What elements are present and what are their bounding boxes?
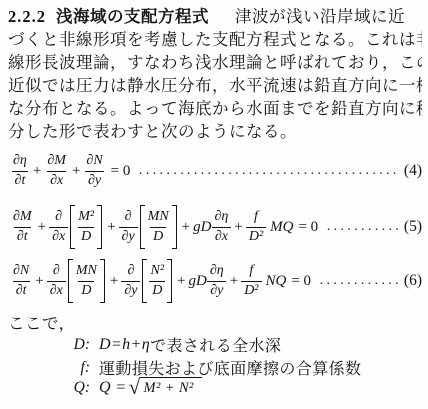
dot-leader: ·············· xyxy=(319,277,400,293)
definition-body: Q = √ M² + N² xyxy=(99,377,202,398)
denominator: ∂x xyxy=(212,227,231,245)
numerator: ∂N xyxy=(83,153,105,170)
numerator: ∂ xyxy=(52,209,65,226)
paragraph-line: 近似では圧力は静水圧分布，水平流速は鉛直方向に一様 xyxy=(8,74,422,97)
equation-number: (4) xyxy=(404,162,422,180)
plus-operator: + xyxy=(234,219,242,236)
numerator: f xyxy=(246,263,256,280)
equation-5: ∂M ∂t + ∂ ∂x M² D + ∂ ∂y MN D + gD ∂η ∂x xyxy=(10,203,422,251)
equation-6: ∂N ∂t + ∂ ∂x MN D + ∂ ∂y N² D + gD ∂η ∂y xyxy=(10,257,422,305)
definition-Q: Q: Q = √ M² + N² xyxy=(0,377,428,398)
equals-zero: = 0 xyxy=(291,273,311,290)
plus-operator: + xyxy=(72,163,80,180)
partial-d-dy: ∂ ∂y xyxy=(119,209,138,244)
fraction-MN-D: MN D xyxy=(73,263,100,298)
fraction-dN-dy: ∂N ∂y xyxy=(83,153,105,188)
plus-operator: + xyxy=(182,219,190,236)
denominator: D xyxy=(150,227,166,245)
denominator: D xyxy=(78,281,94,299)
fraction-dM-dt: ∂M ∂t xyxy=(10,209,35,244)
section-title: 浅海域の支配方程式 xyxy=(56,7,209,26)
paragraph-line: 分した形で表わすと次のようになる。 xyxy=(8,120,422,143)
equation-number: (5) xyxy=(404,218,422,236)
numerator: ∂η xyxy=(211,209,231,226)
denominator: ∂x xyxy=(47,171,66,189)
denominator: ∂x xyxy=(49,227,68,245)
numerator: ∂M xyxy=(10,209,35,226)
square-root: √ M² + N² xyxy=(129,377,202,398)
symbol-Q: Q: xyxy=(0,379,90,397)
denominator: ∂x xyxy=(47,281,66,299)
denominator: D² xyxy=(246,227,266,245)
numerator: ∂η xyxy=(207,263,227,280)
definitions-intro: ここで， xyxy=(8,310,76,334)
right-bracket xyxy=(97,205,102,249)
definition-text: で表される全水深 xyxy=(150,333,281,356)
denominator: ∂y xyxy=(207,281,226,299)
partial-d-dy: ∂ ∂y xyxy=(121,263,140,298)
dot-leader: ·············· xyxy=(326,223,400,239)
numerator: M² xyxy=(75,209,97,226)
fraction-dN-dt: ∂N ∂t xyxy=(10,263,32,298)
numerator: MN xyxy=(145,209,172,226)
fraction-dM-dx: ∂M ∂x xyxy=(44,153,69,188)
fraction-deta-dy: ∂η ∂y xyxy=(207,263,227,298)
intro-paragraph: 2.2.2浅海域の支配方程式津波が浅い沿岸域に近 づくと非線形項を考慮した支配方… xyxy=(8,5,422,143)
numerator: ∂ xyxy=(122,209,135,226)
dot-leader: ········································… xyxy=(138,167,400,183)
symbol-f: f: xyxy=(0,359,90,377)
plus-operator: + xyxy=(33,163,41,180)
fraction-M2-D: M² D xyxy=(75,209,97,244)
fraction-deta-dx: ∂η ∂x xyxy=(211,209,231,244)
denominator: ∂y xyxy=(85,171,104,189)
plus-operator: + xyxy=(177,273,185,290)
equation-number: (6) xyxy=(404,272,422,290)
numerator: f xyxy=(251,209,261,226)
plus-operator: + xyxy=(35,273,43,290)
plus-operator: + xyxy=(38,219,46,236)
definition-body: D=h+η で表される全水深 xyxy=(99,333,281,356)
paper-page: 2.2.2浅海域の支配方程式津波が浅い沿岸域に近 づくと非線形項を考慮した支配方… xyxy=(0,0,428,409)
equals-zero: = 0 xyxy=(111,163,131,180)
partial-d-dx: ∂ ∂x xyxy=(49,209,68,244)
paragraph-text: 津波が浅い沿岸域に近 xyxy=(235,7,405,26)
plus-operator: + xyxy=(110,273,118,290)
section-number: 2.2.2 xyxy=(8,7,46,26)
gD-term: gD xyxy=(193,219,211,236)
definition-D: D: D=h+η で表される全水深 xyxy=(0,333,428,356)
denominator: ∂t xyxy=(13,281,30,299)
gD-term: gD xyxy=(189,273,207,290)
definition-f: f: 運動損失および底面摩擦の合算係数 xyxy=(0,356,428,379)
numerator: N² xyxy=(147,263,167,280)
denominator: ∂y xyxy=(119,227,138,245)
right-bracket xyxy=(172,205,177,249)
plus-operator: + xyxy=(230,273,238,290)
numerator: ∂M xyxy=(44,153,69,170)
paragraph-line: 2.2.2浅海域の支配方程式津波が浅い沿岸域に近 xyxy=(8,5,422,28)
fraction-f-D2: f D² xyxy=(246,209,266,244)
paragraph-line: 線形長波理論，すなわち浅水理論と呼ばれており，この xyxy=(8,51,422,74)
math-Q-equals: Q = xyxy=(99,379,127,397)
right-bracket xyxy=(100,259,105,303)
denominator: D xyxy=(149,281,165,299)
denominator: ∂y xyxy=(121,281,140,299)
equals-zero: = 0 xyxy=(298,219,318,236)
right-bracket xyxy=(167,259,172,303)
radicand: M² + N² xyxy=(140,377,202,397)
denominator: D² xyxy=(241,281,261,299)
fraction-deta-dt: ∂η ∂t xyxy=(10,153,30,188)
MQ-term: MQ xyxy=(270,219,293,236)
equation-4: ∂η ∂t + ∂M ∂x + ∂N ∂y = 0 ··············… xyxy=(10,150,422,192)
NQ-term: NQ xyxy=(266,273,287,290)
denominator: D xyxy=(78,227,94,245)
fraction-MN-D: MN D xyxy=(145,209,172,244)
numerator: ∂ xyxy=(50,263,63,280)
plus-operator: + xyxy=(107,219,115,236)
symbol-D: D: xyxy=(0,336,90,354)
numerator: ∂η xyxy=(10,153,30,170)
paragraph-line: な分布となる。よって海底から水面までを鉛直方向に積 xyxy=(8,97,422,120)
denominator: ∂t xyxy=(14,227,31,245)
fraction-f-D2: f D² xyxy=(241,263,261,298)
numerator: ∂N xyxy=(10,263,32,280)
numerator: MN xyxy=(73,263,100,280)
paragraph-line: づくと非線形項を考慮した支配方程式となる。これは非 xyxy=(8,28,422,51)
numerator: ∂ xyxy=(124,263,137,280)
fraction-N2-D: N² D xyxy=(147,263,167,298)
math-D-equals: D=h+η xyxy=(99,336,150,354)
denominator: ∂t xyxy=(12,171,29,189)
partial-d-dx: ∂ ∂x xyxy=(47,263,66,298)
